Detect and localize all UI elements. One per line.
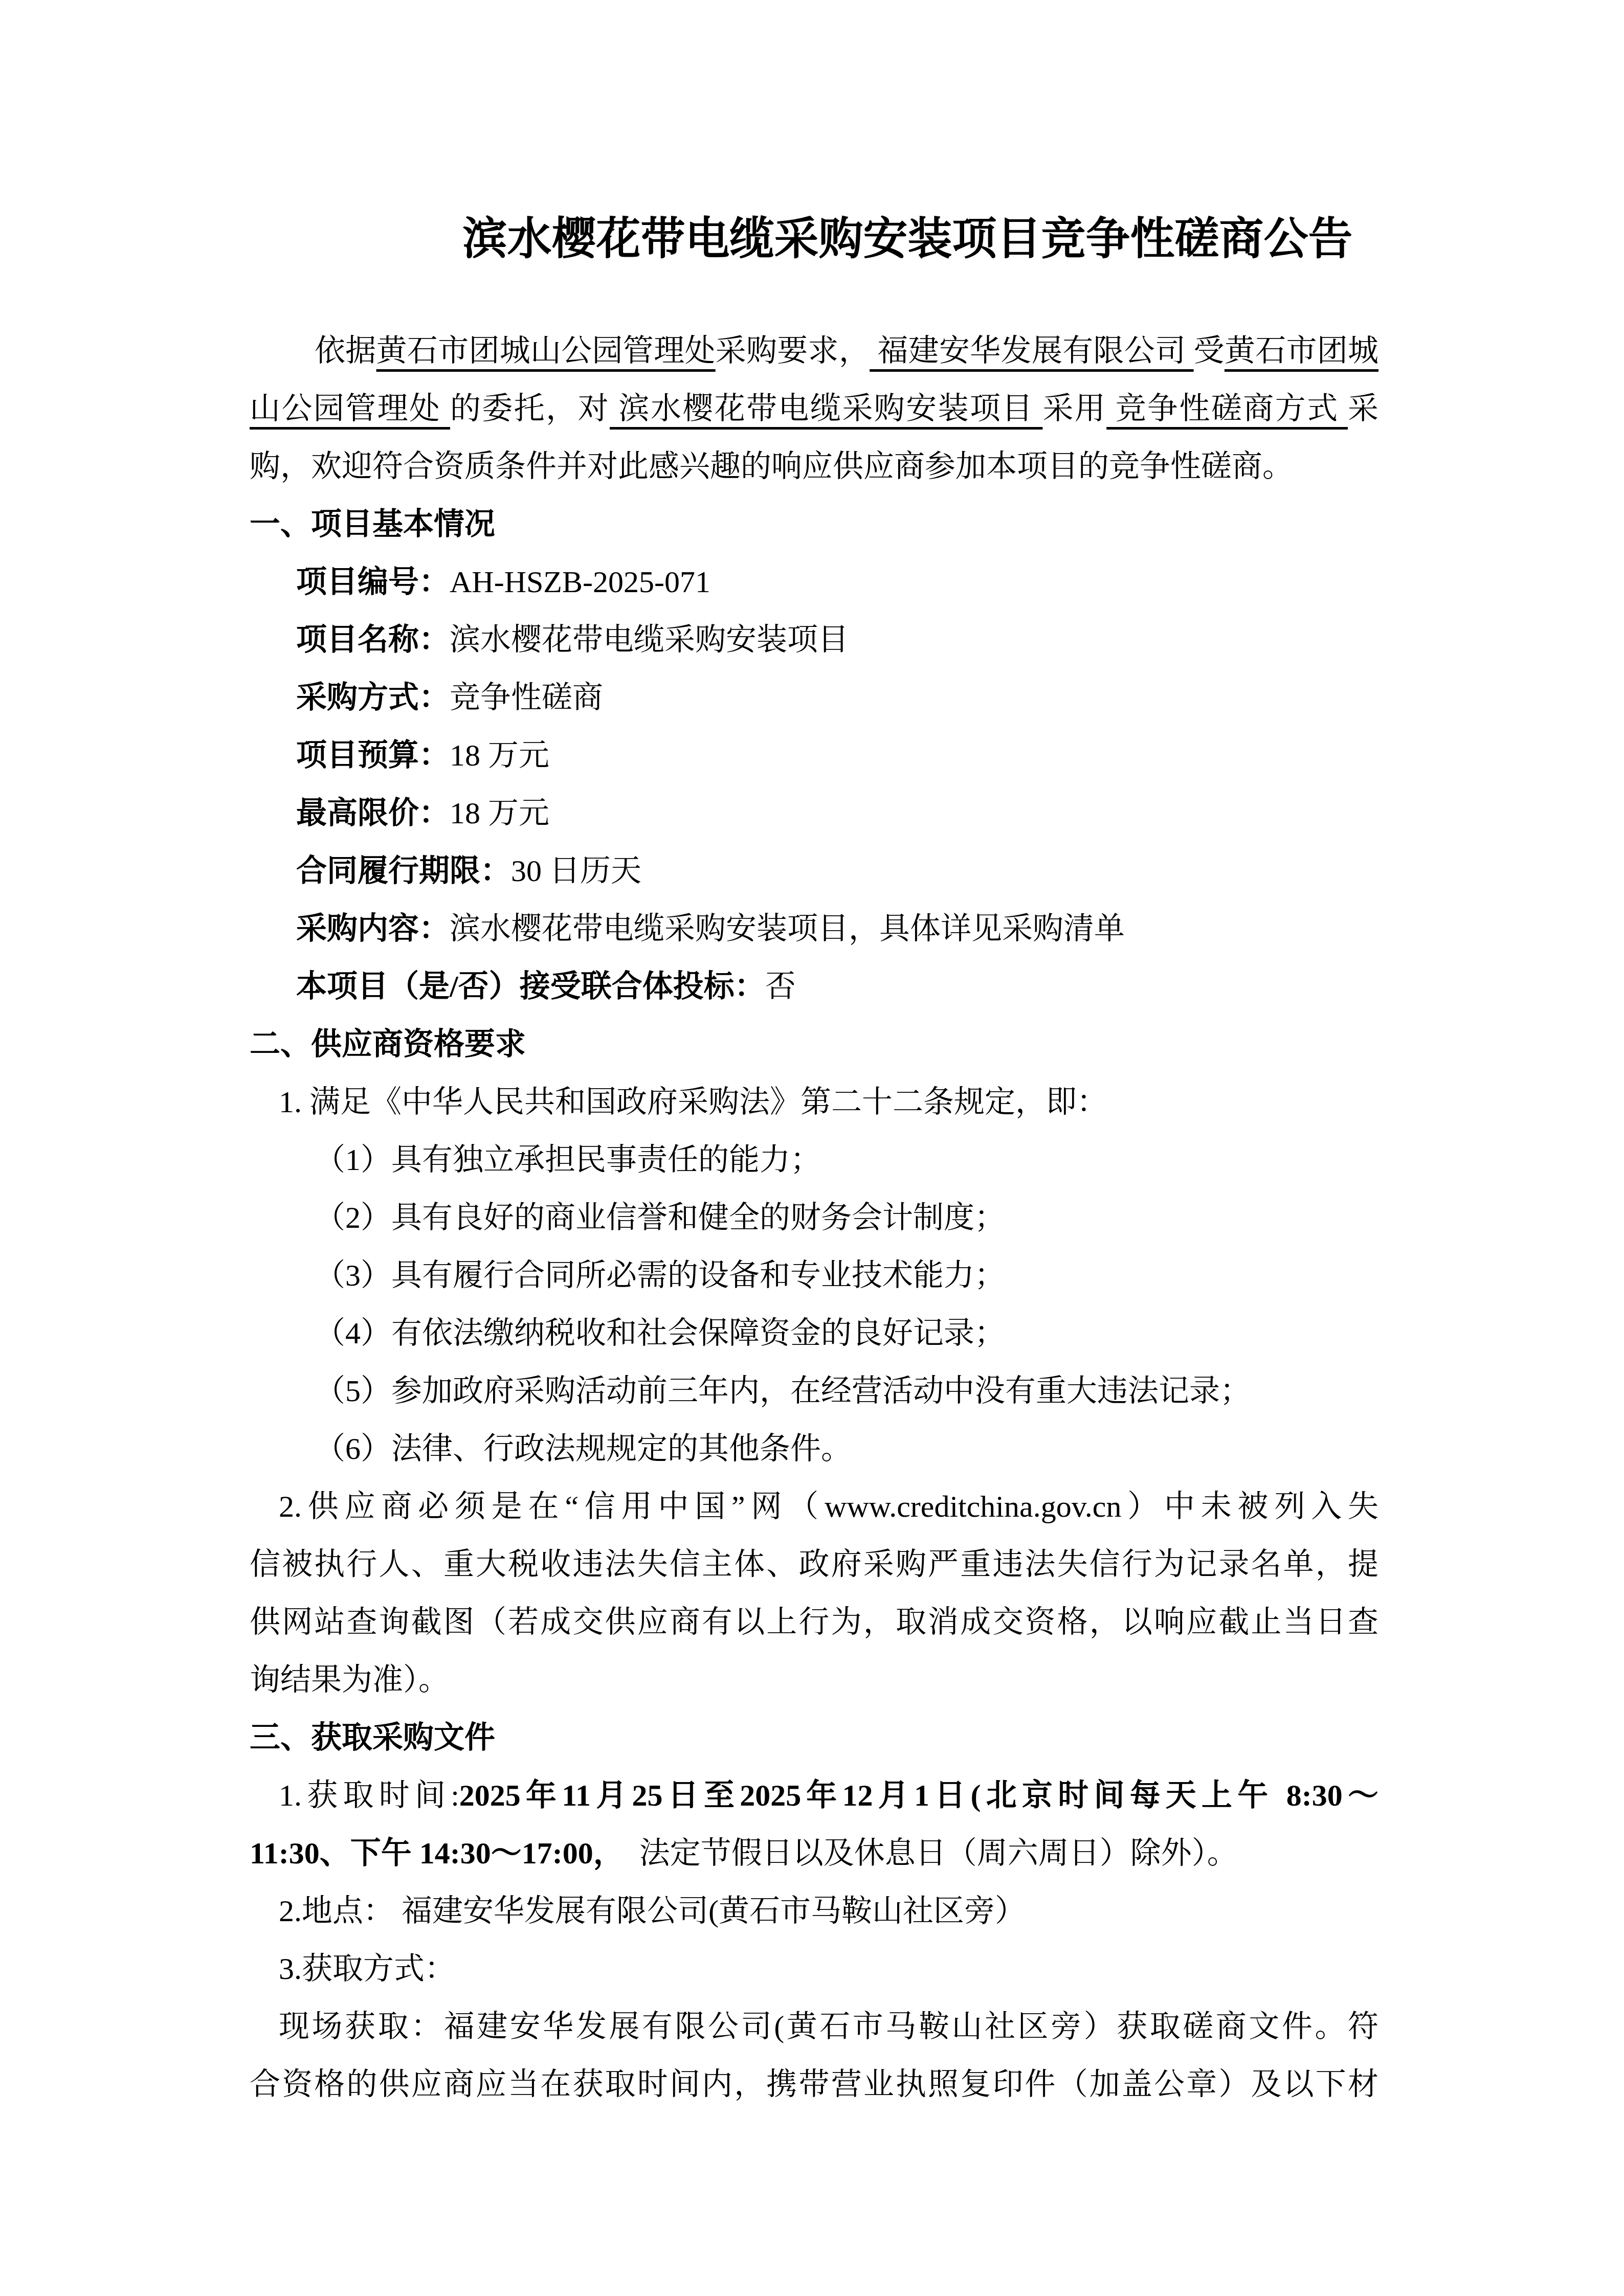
qualification-item-2-line-1: 2.供应商必须是在“信用中国”网（www.creditchina.gov.cn）… (250, 1478, 1378, 1536)
qualification-item-2-line-1-run: 2.供应商必须是在“信用中国”网（www.creditchina.gov.cn）… (279, 1490, 1378, 1523)
qualification-sub-1: （1）具有独立承担民事责任的能力； (250, 1131, 1378, 1189)
field-project-number-run: 项目编号： (296, 565, 450, 599)
section-2-heading-run: 二、供应商资格要求 (250, 1027, 526, 1061)
section-1-heading: 一、项目基本情况 (250, 496, 1378, 553)
obtain-method-run: 3.获取方式： (279, 1952, 455, 1986)
field-project-budget: 项目预算：18 万元 (250, 727, 1378, 784)
field-procurement-content-run: 采购内容： (296, 912, 450, 946)
obtain-time-line-1-run: 1.获取时间: (279, 1779, 459, 1812)
qualification-sub-5: （5）参加政府采购活动前三年内，在经营活动中没有重大违法记录； (250, 1362, 1378, 1420)
qualification-item-2-line-3-run: 供网站查询截图（若成交供应商有以上行为，取消成交资格，以响应截止当日查 (250, 1605, 1378, 1639)
obtain-time-line-1-run: 2025年11月25日至2025年12月1日(北京时间每天上午 8:30～ (459, 1779, 1378, 1812)
field-project-budget-run: 18 万元 (450, 738, 549, 772)
field-procurement-content-run: 滨水樱花带电缆采购安装项目，具体详见采购清单 (450, 912, 1125, 946)
intro-line-1-run: 采购要求， (716, 334, 870, 368)
field-procurement-method: 采购方式：竞争性磋商 (250, 669, 1378, 727)
obtain-time-line-2: 11:30、下午 14:30～17:00， 法定节假日以及休息日（周六周日）除外… (250, 1825, 1378, 1882)
section-3-heading-run: 三、获取采购文件 (250, 1721, 495, 1754)
field-contract-period-run: 30 日历天 (511, 854, 641, 888)
qualification-sub-3: （3）具有履行合同所必需的设备和专业技术能力； (250, 1247, 1378, 1304)
field-max-price: 最高限价：18 万元 (250, 784, 1378, 842)
doc-title: 滨水樱花带电缆采购安装项目竞争性磋商公告 (250, 205, 1378, 274)
field-max-price-run: 18 万元 (450, 796, 549, 830)
field-project-name-run: 滨水樱花带电缆采购安装项目 (450, 623, 849, 657)
qualification-sub-5-run: （5）参加政府采购活动前三年内，在经营活动中没有重大违法记录； (315, 1374, 1251, 1408)
qualification-sub-2-run: （2）具有良好的商业信誉和健全的财务会计制度； (315, 1201, 1005, 1234)
qualification-item-2-line-2: 信被执行人、重大税收违法失信主体、政府采购严重违法失信行为记录名单，提 (250, 1536, 1378, 1593)
qualification-item-1-run: 1. 满足《中华人民共和国政府采购法》第二十二条规定，即： (279, 1085, 1107, 1119)
obtain-method: 3.获取方式： (250, 1940, 1378, 1998)
intro-line-1-run: 黄石市团城 (1225, 334, 1378, 368)
field-project-budget-run: 项目预算： (296, 738, 450, 772)
section-2-heading: 二、供应商资格要求 (250, 1016, 1378, 1073)
intro-line-1-run: 受 (1194, 334, 1225, 368)
qualification-item-2-line-4-run: 询结果为准）。 (250, 1663, 449, 1697)
intro-line-2-run: 滨水樱花带电缆采购安装项目 (610, 392, 1042, 425)
field-project-name-run: 项目名称： (296, 623, 450, 657)
field-consortium-bid-run: 否 (765, 970, 796, 1003)
intro-line-3: 购，欢迎符合资质条件并对此感兴趣的响应供应商参加本项目的竞争性磋商。 (250, 438, 1378, 496)
qualification-sub-2: （2）具有良好的商业信誉和健全的财务会计制度； (250, 1189, 1378, 1247)
qualification-item-2-line-2-run: 信被执行人、重大税收违法失信主体、政府采购严重违法失信行为记录名单，提 (250, 1547, 1378, 1581)
field-project-name: 项目名称：滨水樱花带电缆采购安装项目 (250, 611, 1378, 669)
onsite-obtain-line-2-run: 合资格的供应商应当在获取时间内，携带营业执照复印件（加盖公章）及以下材 (250, 2067, 1378, 2101)
intro-line-1-run: 黄石市团城山公园管理处 (376, 334, 716, 368)
intro-line-1: 依据黄石市团城山公园管理处采购要求， 福建安华发展有限公司 受黄石市团城 (250, 322, 1378, 380)
doc-body: 依据黄石市团城山公园管理处采购要求， 福建安华发展有限公司 受黄石市团城山公园管… (250, 322, 1378, 2113)
onsite-obtain-line-2: 合资格的供应商应当在获取时间内，携带营业执照复印件（加盖公章）及以下材 (250, 2056, 1378, 2113)
field-project-number: 项目编号：AH-HSZB-2025-071 (250, 553, 1378, 611)
field-procurement-method-run: 采购方式： (296, 681, 450, 714)
qualification-sub-4-run: （4）有依法缴纳税收和社会保障资金的良好记录； (315, 1316, 1005, 1350)
section-3-heading: 三、获取采购文件 (250, 1709, 1378, 1767)
field-consortium-bid-run: 本项目（是/否）接受联合体投标： (296, 970, 765, 1003)
intro-line-2-run: 采 (1348, 392, 1378, 425)
obtain-time-line-2-run: 11:30、下午 14:30～17:00， (250, 1836, 624, 1870)
intro-line-3-run: 购，欢迎符合资质条件并对此感兴趣的响应供应商参加本项目的竞争性磋商。 (250, 449, 1293, 483)
field-contract-period-run: 合同履行期限： (296, 854, 511, 888)
intro-line-2-run: 采用 (1042, 392, 1106, 425)
intro-line-2: 山公园管理处 的委托，对 滨水樱花带电缆采购安装项目 采用 竞争性磋商方式 采 (250, 380, 1378, 438)
field-procurement-content: 采购内容：滨水樱花带电缆采购安装项目，具体详见采购清单 (250, 900, 1378, 958)
qualification-sub-6-run: （6）法律、行政法规规定的其他条件。 (315, 1432, 852, 1466)
obtain-place: 2.地点： 福建安华发展有限公司(黄石市马鞍山社区旁） (250, 1882, 1378, 1940)
qualification-item-2-line-3: 供网站查询截图（若成交供应商有以上行为，取消成交资格，以响应截止当日查 (250, 1593, 1378, 1651)
intro-line-1-run: 福建安华发展有限公司 (870, 334, 1193, 368)
onsite-obtain-line-1-run: 现场获取：福建安华发展有限公司(黄石市马鞍山社区旁）获取磋商文件。符 (279, 2010, 1378, 2043)
qualification-item-1: 1. 满足《中华人民共和国政府采购法》第二十二条规定，即： (250, 1073, 1378, 1131)
qualification-sub-4: （4）有依法缴纳税收和社会保障资金的良好记录； (250, 1304, 1378, 1362)
onsite-obtain-line-1: 现场获取：福建安华发展有限公司(黄石市马鞍山社区旁）获取磋商文件。符 (250, 1998, 1378, 2056)
qualification-sub-6: （6）法律、行政法规规定的其他条件。 (250, 1420, 1378, 1478)
intro-line-2-run: 竞争性磋商方式 (1106, 392, 1348, 425)
field-project-number-run: AH-HSZB-2025-071 (450, 565, 710, 599)
obtain-time-line-1: 1.获取时间:2025年11月25日至2025年12月1日(北京时间每天上午 8… (250, 1767, 1378, 1825)
obtain-time-line-2-run: 法定节假日以及休息日（周六周日）除外）。 (624, 1836, 1238, 1870)
field-consortium-bid: 本项目（是/否）接受联合体投标：否 (250, 958, 1378, 1016)
obtain-place-run: 2.地点： 福建安华发展有限公司(黄石市马鞍山社区旁） (279, 1894, 1026, 1928)
field-procurement-method-run: 竞争性磋商 (450, 681, 603, 714)
qualification-sub-1-run: （1）具有独立承担民事责任的能力； (315, 1143, 821, 1177)
field-contract-period: 合同履行期限：30 日历天 (250, 842, 1378, 900)
intro-line-2-run: 山公园管理处 (250, 392, 450, 425)
qualification-sub-3-run: （3）具有履行合同所必需的设备和专业技术能力； (315, 1258, 1005, 1292)
intro-line-2-run: 的委托，对 (450, 392, 610, 425)
section-1-heading-run: 一、项目基本情况 (250, 507, 495, 541)
intro-line-1-run: 依据 (315, 334, 376, 368)
field-max-price-run: 最高限价： (296, 796, 450, 830)
announcement-document: 滨水樱花带电缆采购安装项目竞争性磋商公告 依据黄石市团城山公园管理处采购要求， … (250, 205, 1378, 2113)
qualification-item-2-line-4: 询结果为准）。 (250, 1651, 1378, 1709)
